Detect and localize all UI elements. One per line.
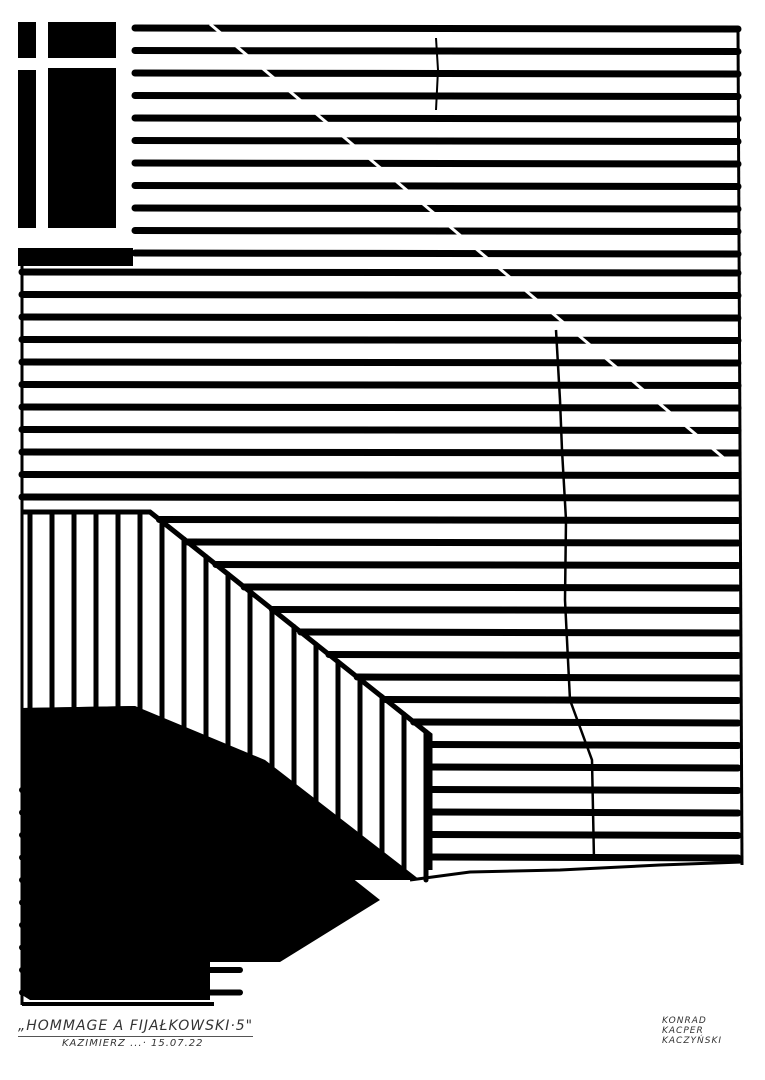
ground-edge	[410, 862, 742, 880]
artwork-dedication: KAZIMIERZ ...· 15.07.22	[62, 1038, 204, 1049]
window	[18, 22, 133, 266]
ink-drawing	[0, 0, 765, 1080]
artist-signature: KONRAD KACPER KACZYŃSKI	[662, 1016, 742, 1046]
artwork-title: „HOMMAGE A FIJAŁKOWSKI·5"	[18, 1018, 253, 1037]
